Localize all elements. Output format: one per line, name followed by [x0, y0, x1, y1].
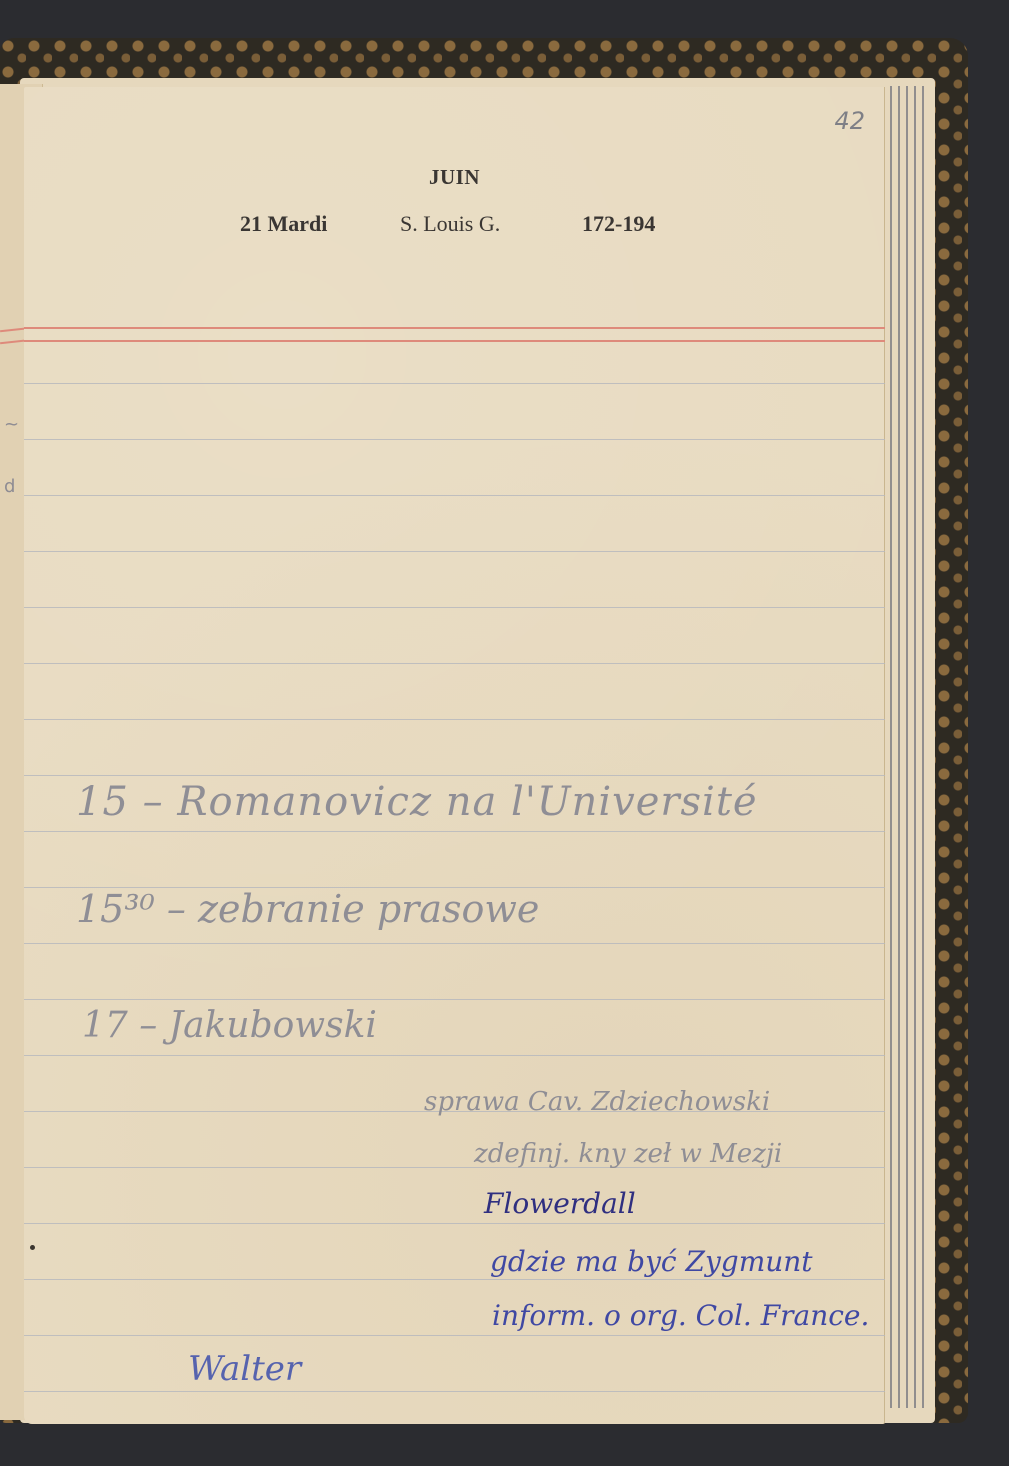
- day-label: 21 Mardi: [240, 211, 327, 237]
- diary-page: 42 JUIN 21 Mardi S. Louis G. 172-194 15 …: [24, 87, 885, 1424]
- page-edge-line: [906, 86, 908, 1408]
- ruled-line: [24, 439, 885, 440]
- ruled-line: [24, 1391, 885, 1392]
- page-edge-line: [898, 86, 900, 1408]
- left-page-mark: d: [4, 476, 15, 497]
- ruled-line: [24, 719, 885, 720]
- red-rule: [24, 340, 885, 342]
- handwritten-entry: 15³⁰ – zebranie prasowe: [76, 887, 539, 931]
- handwritten-entry: 15 – Romanovicz na l'Université: [76, 779, 758, 825]
- handwritten-entry: sprawa Cav. Zdziechowski: [424, 1087, 770, 1117]
- saint-label: S. Louis G.: [400, 211, 500, 237]
- handwritten-entry: Walter: [188, 1349, 301, 1389]
- handwritten-entry: Flowerdall: [484, 1187, 636, 1220]
- ruled-line: [24, 775, 885, 776]
- ruled-line: [24, 383, 885, 384]
- page-edge-line: [922, 86, 924, 1408]
- ruled-line: [24, 495, 885, 496]
- day-count: 172-194: [582, 211, 655, 237]
- ruled-line: [24, 607, 885, 608]
- ruled-line: [24, 551, 885, 552]
- ruled-line: [24, 1055, 885, 1056]
- left-page-mark: ~: [4, 414, 19, 435]
- handwritten-entry: inform. o org. Col. France.: [492, 1299, 869, 1332]
- red-rule: [24, 327, 885, 329]
- ruled-line: [24, 1279, 885, 1280]
- ruled-line: [24, 943, 885, 944]
- ruled-line: [24, 1223, 885, 1224]
- page-number: 42: [834, 107, 865, 135]
- handwritten-entry: zdefinj. kny zeł w Mezji: [474, 1139, 782, 1169]
- month-heading: JUIN: [24, 165, 885, 190]
- handwritten-entry: gdzie ma być Zygmunt: [490, 1245, 813, 1278]
- ruled-line: [24, 1335, 885, 1336]
- handwritten-entry: 17 – Jakubowski: [82, 1005, 377, 1046]
- ruled-line: [24, 831, 885, 832]
- ink-spot: [30, 1245, 35, 1250]
- ruled-line: [24, 663, 885, 664]
- page-edge-line: [890, 86, 892, 1408]
- ruled-line: [24, 999, 885, 1000]
- page-edge-line: [914, 86, 916, 1408]
